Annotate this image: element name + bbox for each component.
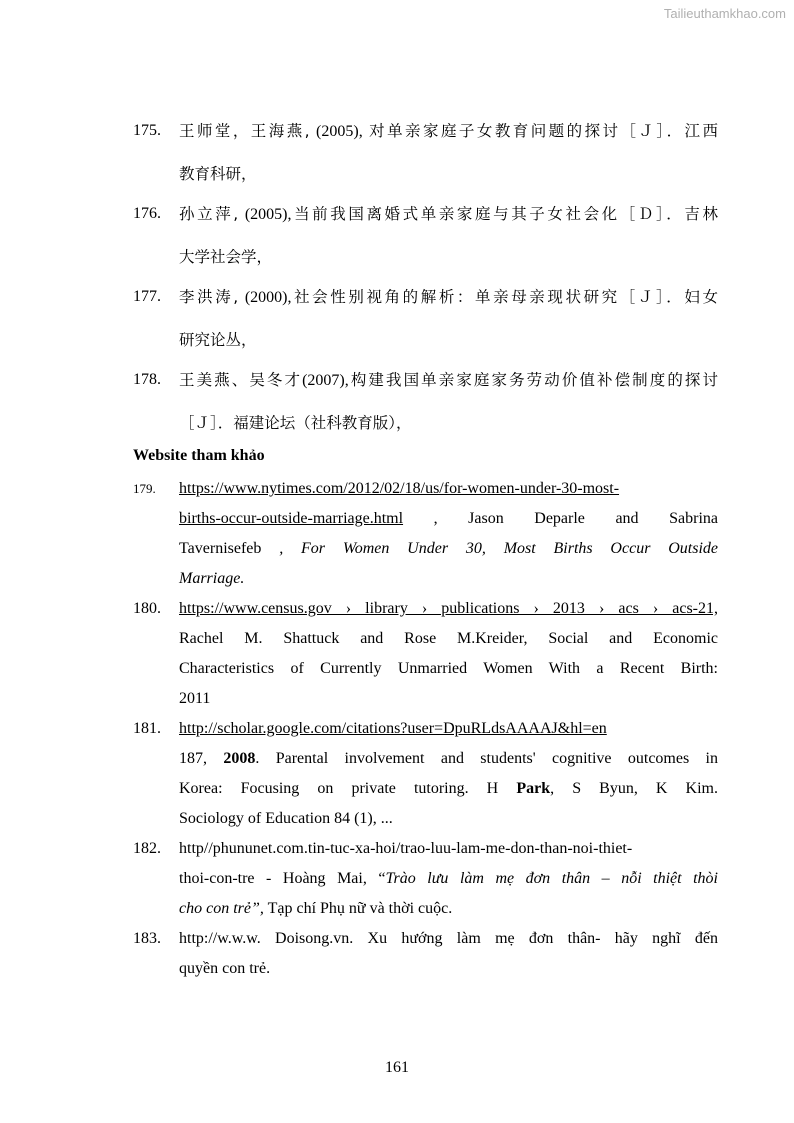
reference-year: 2011: [179, 684, 718, 714]
reference-authors: , Jason Deparle and Sabrina: [403, 510, 718, 527]
reference-title: 社会性别视角的解析：单亲母亲现状研究［Ｊ］．妇女: [291, 288, 718, 306]
reference-source: ［Ｊ］．福建论坛（社科教育版），: [179, 402, 718, 444]
reference-link[interactable]: https://www.census.gov › library › publi…: [179, 600, 718, 617]
reference-title: 构建我国单亲家庭家务劳动价值补偿制度的探讨: [349, 371, 718, 389]
reference-number: 183.: [133, 924, 161, 954]
reference-title: 对单亲家庭子女教育问题的探讨［Ｊ］．江西: [369, 122, 718, 140]
section-heading-websites: Website tham khảo: [133, 447, 265, 465]
reference-year: (2007),: [302, 372, 349, 389]
citation-count: 187,: [179, 750, 223, 767]
reference-number: 178.: [133, 359, 161, 401]
reference-176: 176. 孙立萍, (2005),当前我国离婚式单亲家庭与其子女社会化［Ｄ］．吉…: [133, 193, 718, 277]
reference-authors: Rachel M. Shattuck and Rose M.Kreider, S…: [179, 624, 718, 654]
reference-year: (2000),: [238, 289, 291, 306]
reference-number: 177.: [133, 276, 161, 318]
reference-author-bold: Park: [516, 780, 550, 797]
reference-source: 教育科研，: [179, 153, 718, 195]
reference-link[interactable]: https://www.nytimes.com/2012/02/18/us/fo…: [179, 480, 619, 497]
reference-authors-continued: Tavernisefeb: [179, 540, 279, 557]
reference-year: (2005),: [238, 206, 291, 223]
reference-title-continued: cho con trẻ”,: [179, 900, 264, 917]
reference-author: thoi-con-tre - Hoàng Mai, “: [179, 870, 385, 887]
reference-year: (2005),: [310, 123, 370, 140]
reference-title-continued: Marriage.: [179, 570, 244, 587]
reference-authors: 孙立萍,: [179, 205, 238, 223]
reference-title: 当前我国离婚式单亲家庭与其子女社会化［Ｄ］．吉林: [291, 205, 718, 223]
reference-title: . Parental involvement and students' cog…: [255, 750, 718, 767]
watermark: Tailieuthamkhao.com: [664, 6, 786, 21]
reference-title: , For Women Under 30, Most Births Occur …: [279, 540, 718, 557]
reference-number: 176.: [133, 193, 161, 235]
reference-year: 2008: [223, 750, 255, 767]
reference-authors: 李洪涛,: [179, 288, 238, 306]
page-number: 161: [0, 1059, 794, 1077]
reference-177: 177. 李洪涛, (2000),社会性别视角的解析：单亲母亲现状研究［Ｊ］．妇…: [133, 276, 718, 360]
reference-title-continued: Korea: Focusing on private tutoring. H: [179, 780, 516, 797]
reference-title: Trào lưu làm mẹ đơn thân – nỗi thiệt thò…: [385, 870, 718, 887]
reference-number: 182.: [133, 834, 161, 864]
reference-link-continued[interactable]: births-occur-outside-marriage.html: [179, 510, 403, 527]
reference-url: http//phununet.com.tin-tuc-xa-hoi/trao-l…: [179, 834, 718, 864]
reference-source: 大学社会学，: [179, 236, 718, 278]
reference-source: 研究论丛，: [179, 319, 718, 361]
reference-text-continued: quyền con trẻ.: [179, 954, 718, 984]
reference-175: 175. 王师堂，王海燕, (2005), 对单亲家庭子女教育问题的探讨［Ｊ］．…: [133, 110, 718, 194]
reference-source: Tạp chí Phụ nữ và thời cuộc.: [264, 900, 452, 917]
reference-authors: 王师堂，王海燕,: [179, 122, 310, 140]
reference-source: Sociology of Education 84 (1), ...: [179, 804, 718, 834]
reference-178: 178. 王美燕、吴冬才(2007),构建我国单亲家庭家务劳动价值补偿制度的探讨…: [133, 359, 718, 443]
reference-number: 180.: [133, 594, 161, 624]
reference-authors: 王美燕、吴冬才: [179, 371, 302, 389]
reference-text: http://w.w.w. Doisong.vn. Xu hướng làm m…: [179, 924, 718, 954]
reference-number: 175.: [133, 110, 161, 152]
reference-title: Characteristics of Currently Unmarried W…: [179, 654, 718, 684]
reference-number: 179.: [133, 474, 156, 504]
reference-number: 181.: [133, 714, 161, 744]
reference-link[interactable]: http://scholar.google.com/citations?user…: [179, 720, 607, 737]
reference-authors: , S Byun, K Kim.: [550, 780, 718, 797]
